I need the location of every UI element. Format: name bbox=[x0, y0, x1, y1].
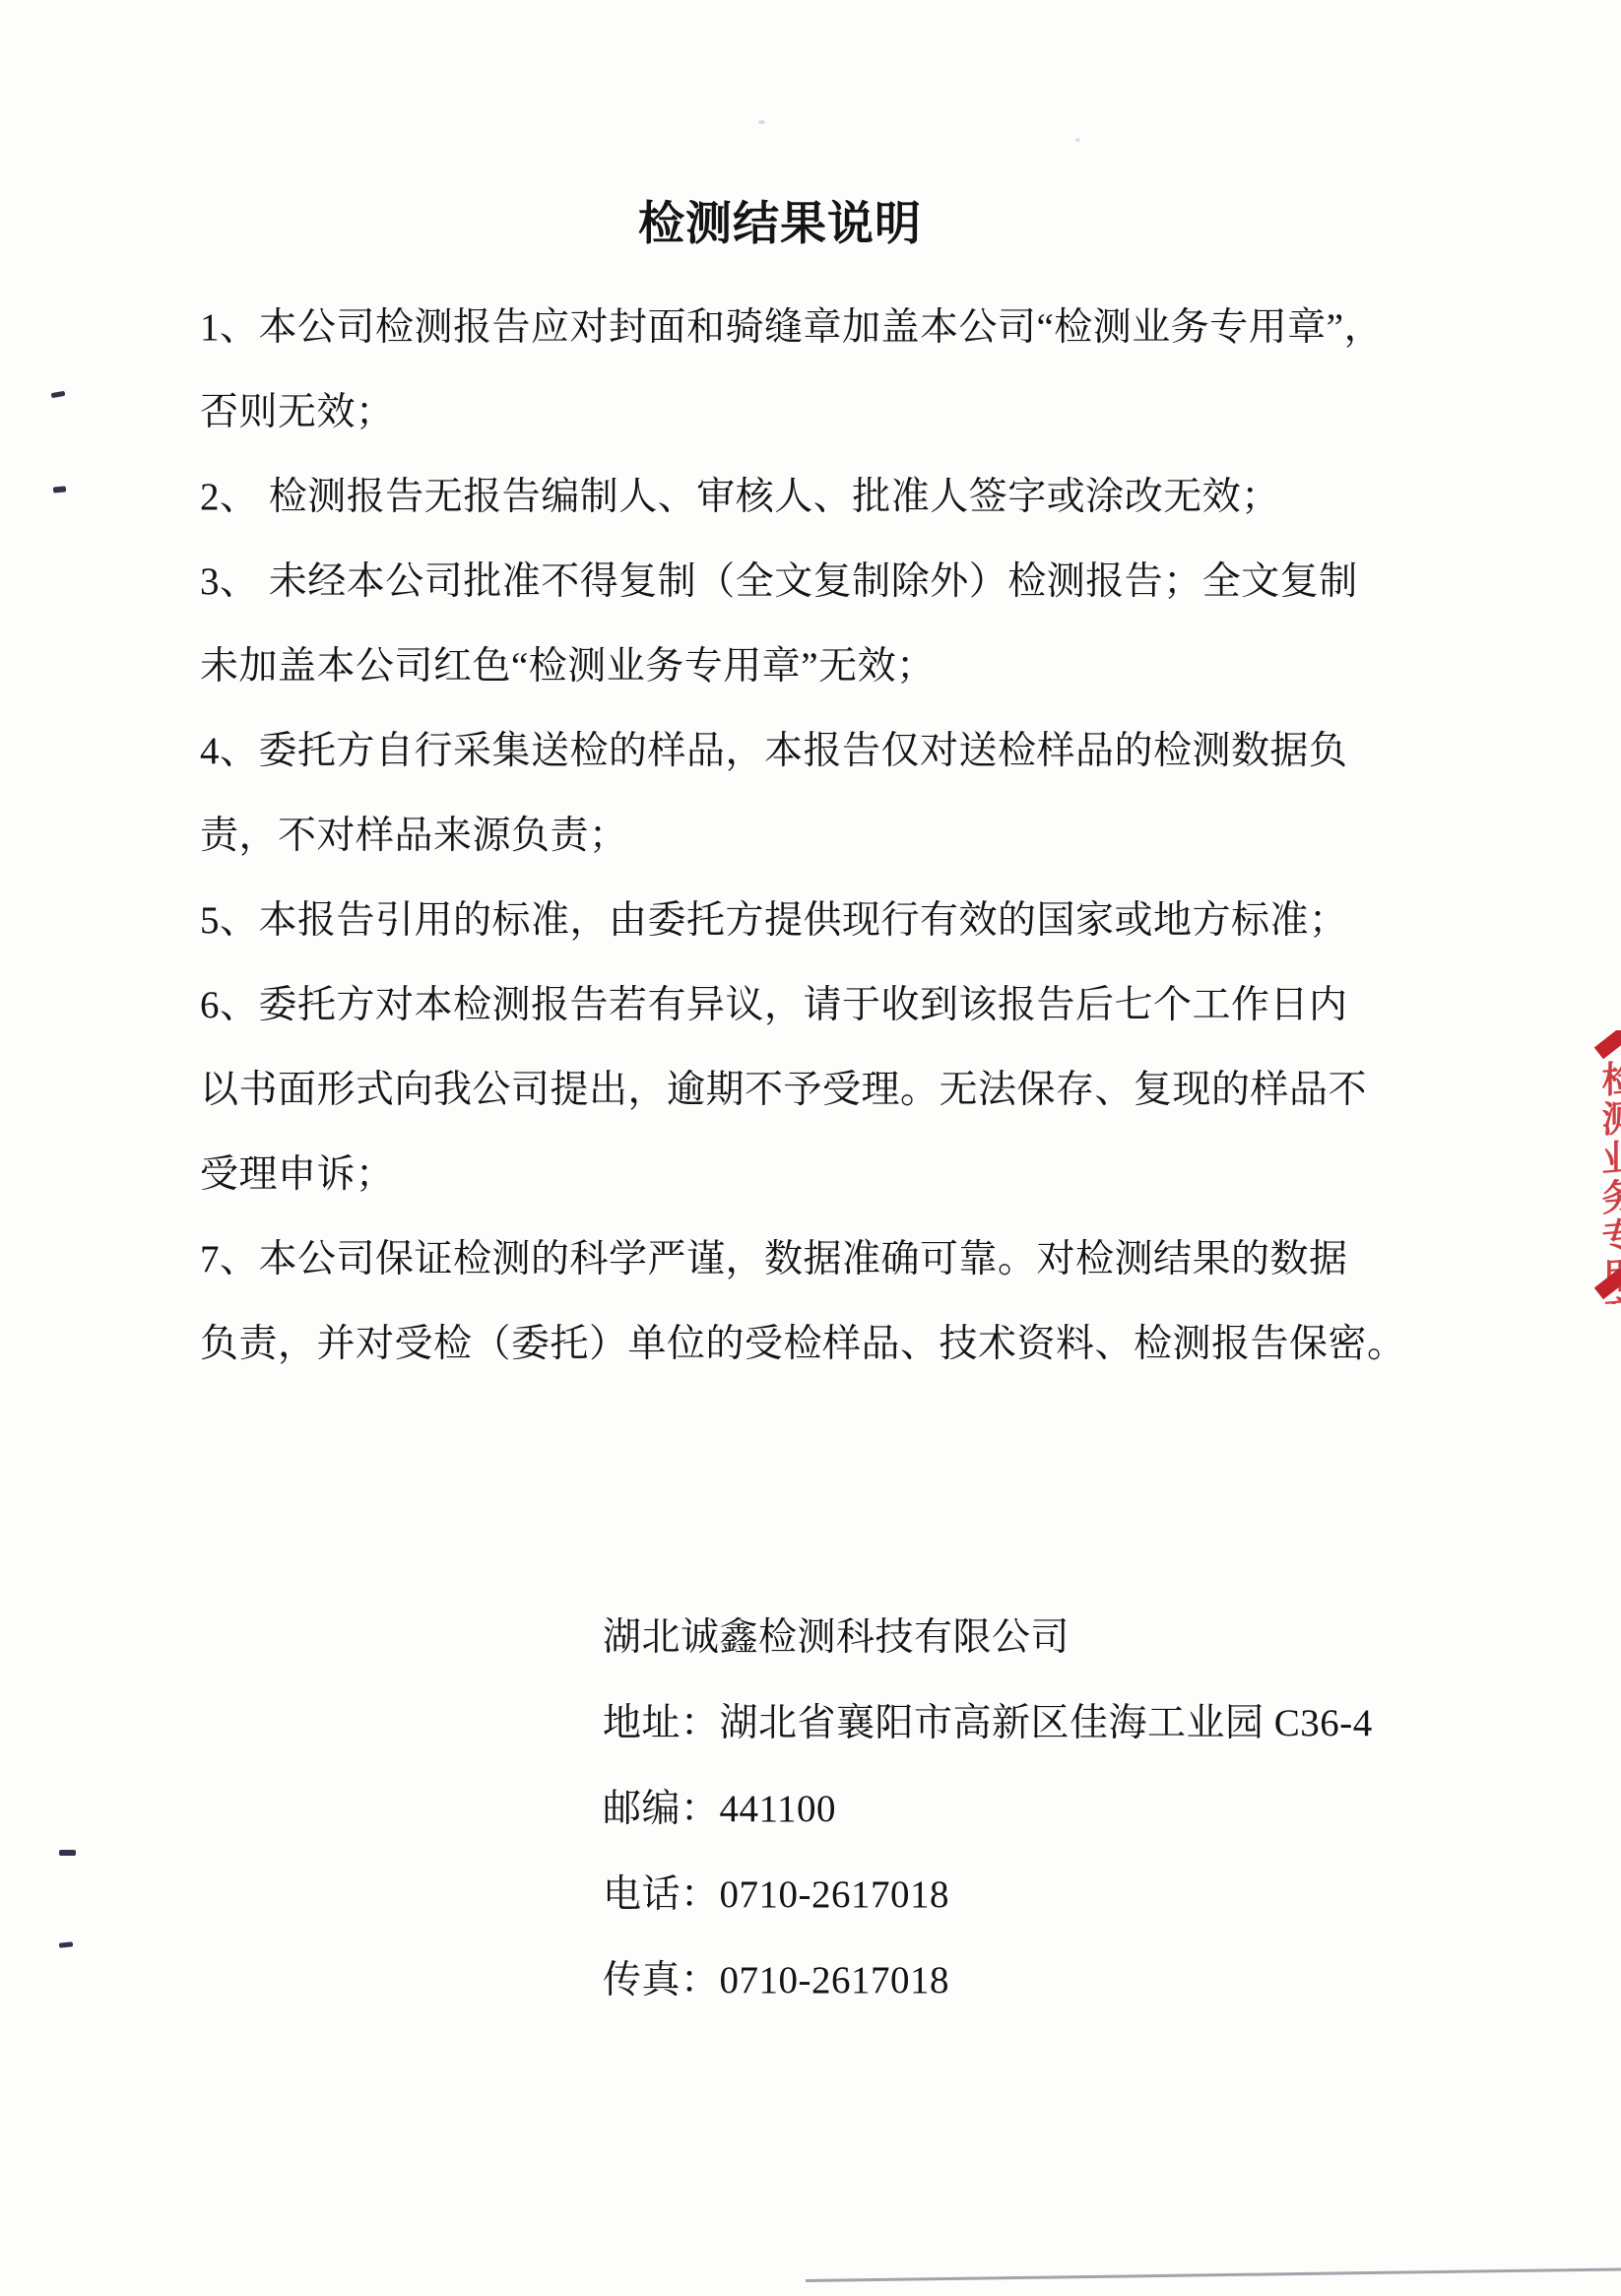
scan-artifact-mark bbox=[51, 391, 66, 398]
note-line-13: 负责，并对受检（委托）单位的受检样品、技术资料、检测报告保密。 bbox=[200, 1318, 1480, 1371]
page-title: 检测结果说明 bbox=[150, 187, 1410, 253]
company-fax: 传真：0710-2617018 bbox=[603, 1954, 949, 2007]
note-line-2: 否则无效； bbox=[200, 386, 1480, 439]
note-line-6: 4、委托方自行采集送检的样品，本报告仅对送检样品的检测数据负 bbox=[200, 725, 1480, 778]
seal-half-characters: 检测业务专用章 bbox=[1594, 1058, 1621, 1304]
company-zip: 邮编：441100 bbox=[603, 1783, 836, 1836]
scan-speck bbox=[758, 120, 765, 124]
company-phone: 电话：0710-2617018 bbox=[603, 1869, 949, 1922]
note-line-3: 2、 检测报告无报告编制人、审核人、批准人签字或涂改无效； bbox=[200, 471, 1480, 524]
scanned-document-page: 检测结果说明 1、本公司检测报告应对封面和骑缝章加盖本公司“检测业务专用章”， … bbox=[0, 0, 1621, 2296]
paging-seal-fragment: 检测业务专用章 bbox=[1576, 1030, 1621, 1304]
note-line-12: 7、本公司保证检测的科学严谨，数据准确可靠。对检测结果的数据 bbox=[200, 1233, 1480, 1286]
note-line-5: 未加盖本公司红色“检测业务专用章”无效； bbox=[200, 640, 1480, 693]
scan-artifact-mark bbox=[59, 1941, 73, 1947]
note-line-10: 以书面形式向我公司提出，逾期不予受理。无法保存、复现的样品不 bbox=[200, 1064, 1480, 1117]
scan-artifact-mark bbox=[59, 1850, 76, 1856]
note-line-11: 受理申诉； bbox=[200, 1148, 1480, 1202]
note-line-9: 6、委托方对本检测报告若有异议，请于收到该报告后七个工作日内 bbox=[200, 979, 1480, 1032]
note-line-7: 责，不对样品来源负责； bbox=[200, 810, 1480, 863]
scan-artifact-mark bbox=[53, 486, 66, 492]
scanner-edge-line bbox=[806, 2267, 1621, 2282]
note-line-8: 5、本报告引用的标准，由委托方提供现行有效的国家或地方标准； bbox=[200, 894, 1480, 948]
note-line-4: 3、 未经本公司批准不得复制（全文复制除外）检测报告；全文复制 bbox=[200, 556, 1480, 609]
company-address: 地址：湖北省襄阳市高新区佳海工业园 C36-4 bbox=[603, 1697, 1373, 1750]
company-name: 湖北诚鑫检测科技有限公司 bbox=[603, 1611, 1070, 1665]
scan-speck bbox=[1075, 138, 1080, 142]
seal-edge-mark-top bbox=[1594, 1030, 1621, 1059]
note-line-1: 1、本公司检测报告应对封面和骑缝章加盖本公司“检测业务专用章”， bbox=[200, 301, 1480, 355]
